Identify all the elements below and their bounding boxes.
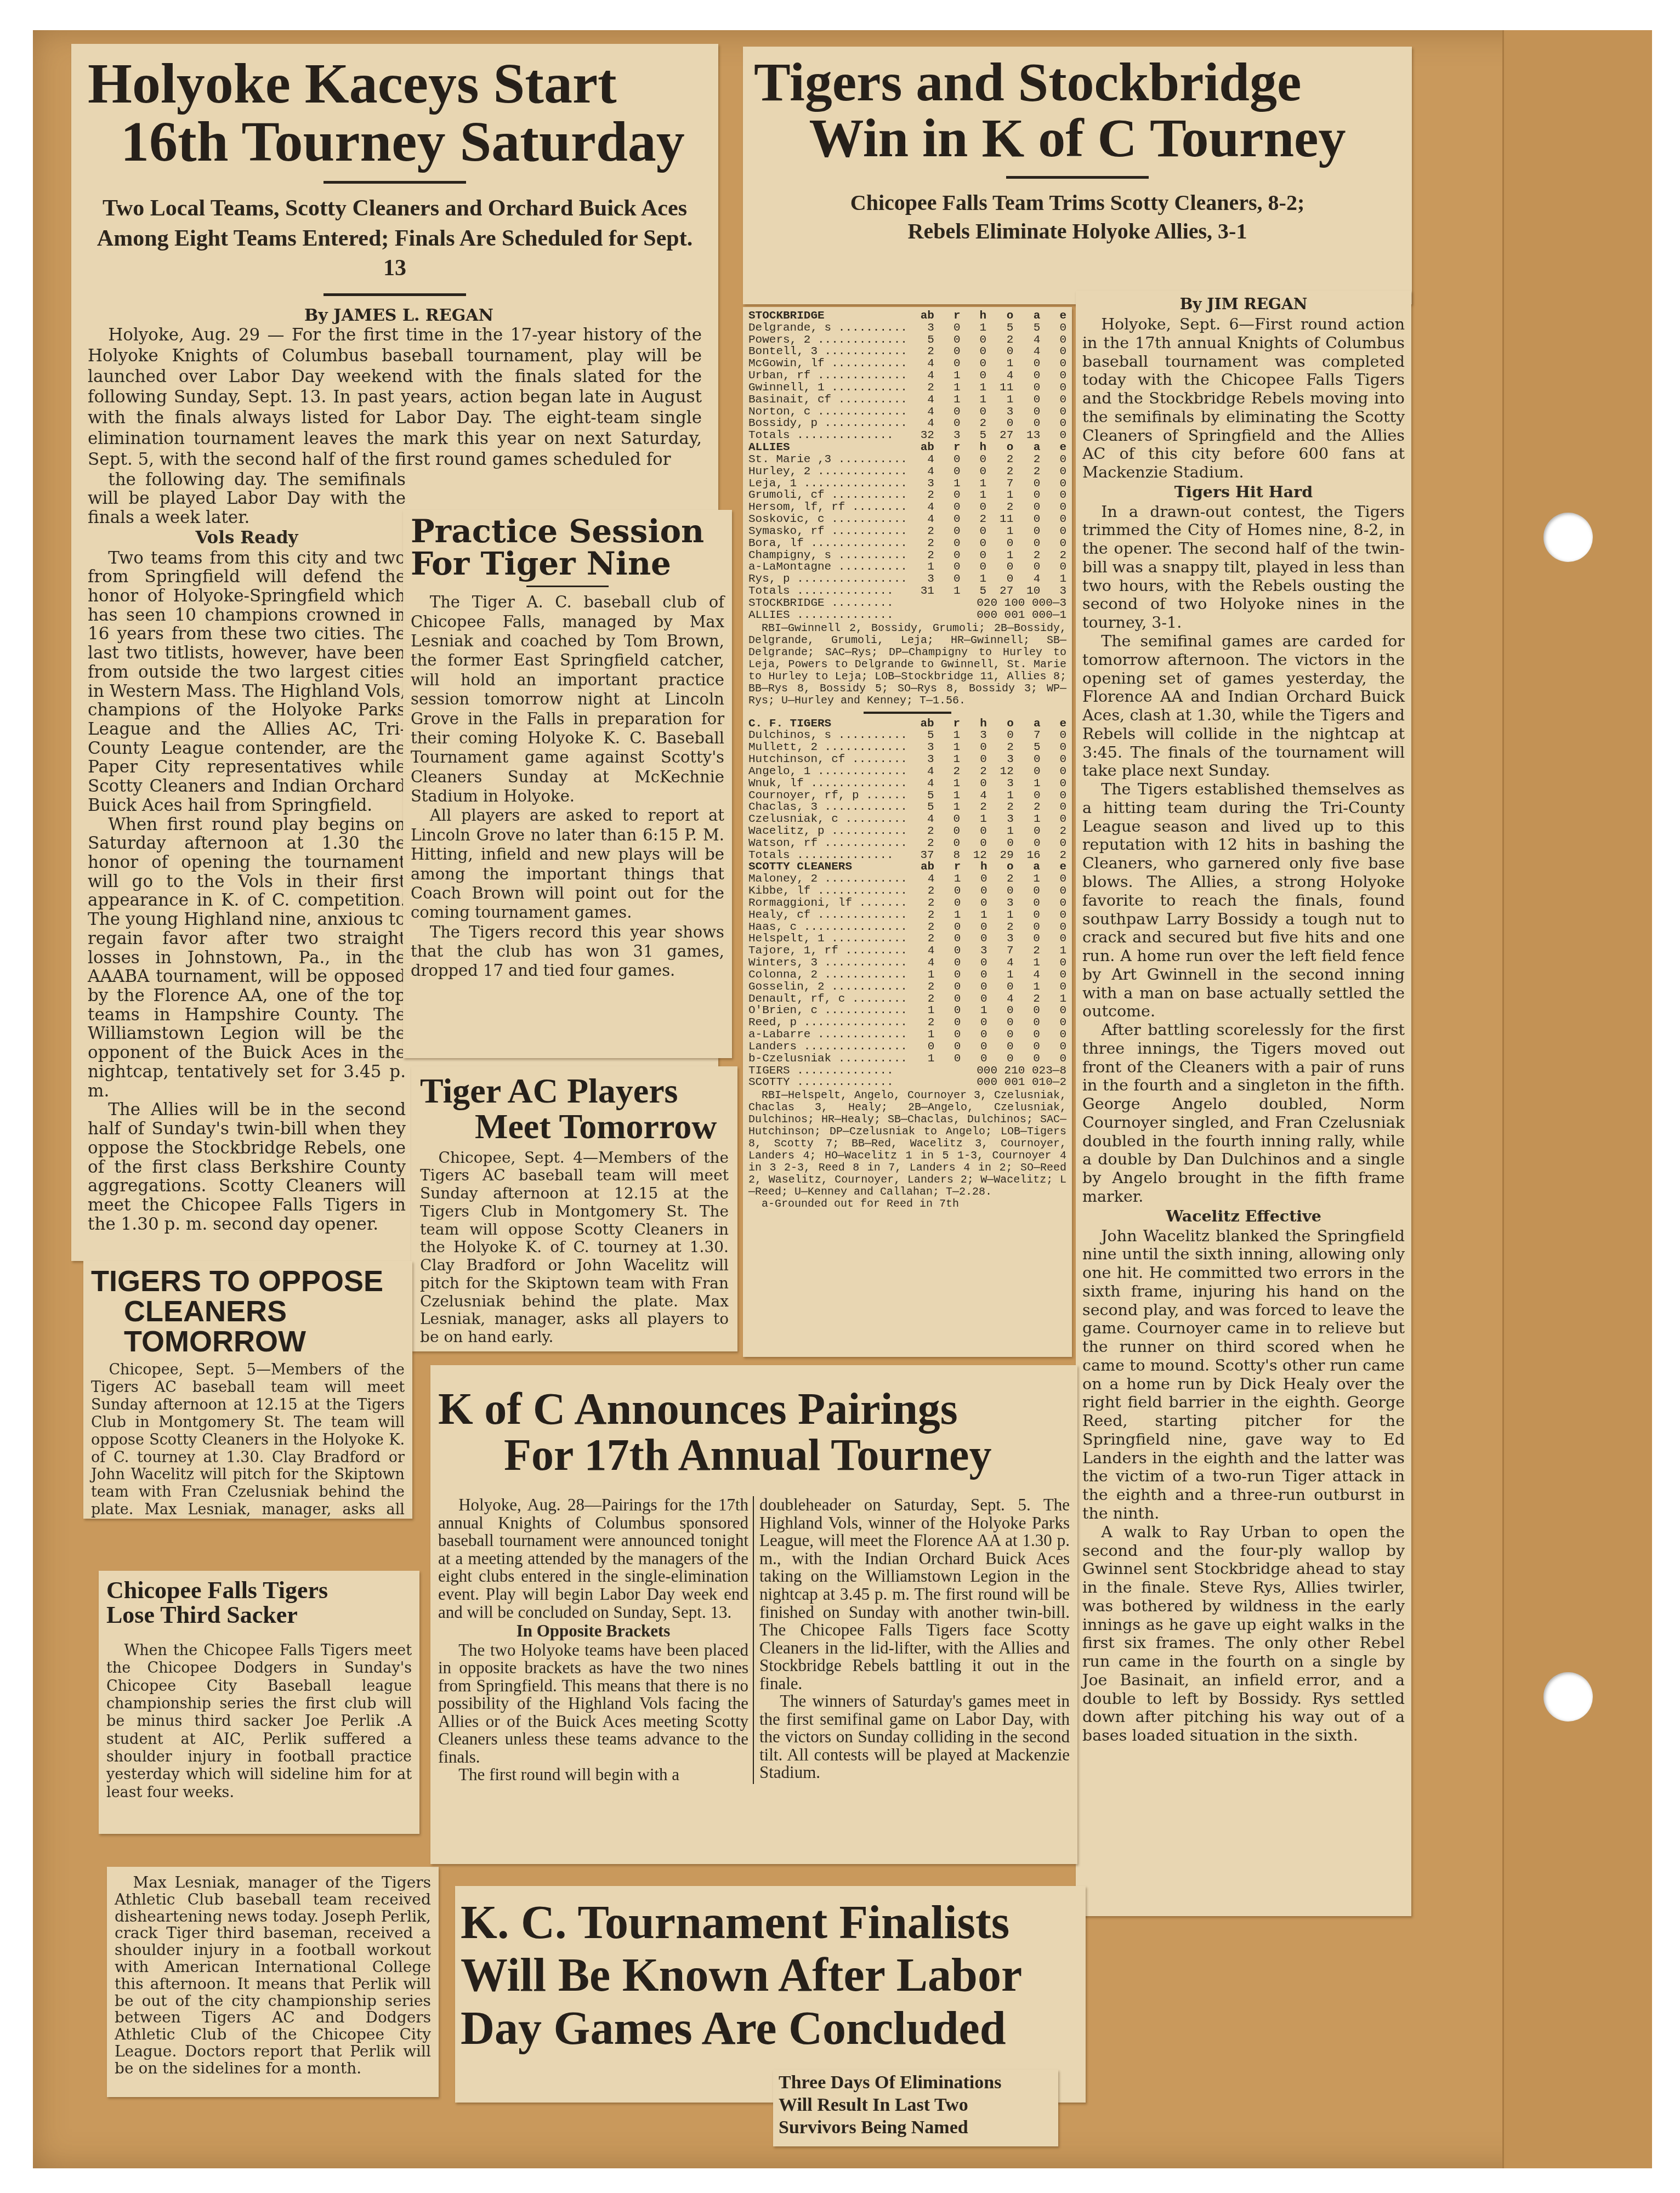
subhead: Vols Ready bbox=[88, 529, 406, 548]
box-player-row: Gosselin, 2 ...........200010 bbox=[748, 981, 1066, 993]
box-score-allies: ALLIESabrhoaeSt. Marie ,3 ..........4002… bbox=[748, 442, 1066, 598]
clipping-kofc-pairings: K of C Announces Pairings For 17th Annua… bbox=[430, 1365, 1077, 1864]
box-player-row: Grumoli, cf ...........201100 bbox=[748, 490, 1066, 502]
clipping-practice-session: Practice Session For Tiger Nine The Tige… bbox=[403, 510, 732, 1058]
game2-summary: RBI—Helspelt, Angelo, Cournoyer 3, Czelu… bbox=[748, 1090, 1066, 1211]
box-score-clipping: STOCKBRIDGEabrhoaeDelgrande, s .........… bbox=[743, 307, 1072, 1357]
box-player-row: Watson, rf ............200000 bbox=[748, 838, 1066, 850]
box-player-row: Maloney, 2 ............410210 bbox=[748, 873, 1066, 885]
headline: Tiger AC Players Meet Tomorrow bbox=[420, 1073, 729, 1145]
article-body: Max Lesniak, manager of the Tigers Athle… bbox=[115, 1874, 431, 2077]
box-player-row: Rormaggioni, lf .......200300 bbox=[748, 897, 1066, 910]
article-lead: Holyoke, Aug. 29 — For the first time in… bbox=[88, 325, 702, 470]
box-player-row: Bossidy, p ............402000 bbox=[748, 418, 1066, 430]
box-player-row: Rys, p ................301041 bbox=[748, 573, 1066, 586]
headline: Practice Session For Tiger Nine bbox=[411, 515, 724, 580]
box-player-row: Champigny, s ..........200122 bbox=[748, 550, 1066, 562]
clipping-tiger-ac-players: Tiger AC Players Meet Tomorrow Chicopee,… bbox=[411, 1066, 737, 1351]
box-totals-row: Totals ..............311527103 bbox=[748, 586, 1066, 598]
box-player-row: Reed, p ...............200000 bbox=[748, 1017, 1066, 1029]
divider bbox=[864, 712, 951, 714]
binder-hole-top bbox=[1543, 513, 1593, 562]
box-player-row: Wacelitz, p ...........200102 bbox=[748, 826, 1066, 838]
box-header-row: ALLIESabrhoae bbox=[748, 442, 1066, 454]
box-score-cf-tigers: C. F. TIGERSabrhoaeDulchinos, s ........… bbox=[748, 718, 1066, 862]
linescore-game2: TIGERS ..............000 210 023—8SCOTTY… bbox=[748, 1065, 1066, 1089]
box-player-row: Wnuk, lf ..............410310 bbox=[748, 778, 1066, 790]
story-column-jim-regan: By JIM REGAN Holyoke, Sept. 6—First roun… bbox=[1076, 291, 1411, 1916]
linescore-row: TIGERS ..............000 210 023—8 bbox=[748, 1065, 1066, 1077]
box-player-row: Basinait, cf ..........411100 bbox=[748, 394, 1066, 406]
box-player-row: Helspelt, 1 ...........200300 bbox=[748, 933, 1066, 945]
divider bbox=[526, 586, 609, 587]
box-player-row: Norton, c .............400300 bbox=[748, 406, 1066, 418]
box-player-row: St. Marie ,3 ..........400220 bbox=[748, 454, 1066, 466]
box-player-row: Bontell, 3 ............200040 bbox=[748, 346, 1066, 358]
box-player-row: Hutchinson, cf ........310300 bbox=[748, 754, 1066, 766]
box-player-row: Haas, c ...............200200 bbox=[748, 922, 1066, 934]
clipping-tigers-and-stockbridge: Tigers and Stockbridge Win in K of C Tou… bbox=[743, 47, 1412, 304]
subhead: Wacelitz Effective bbox=[1082, 1207, 1405, 1226]
article-body: Chicopee, Sept. 4—Members of the Tigers … bbox=[420, 1149, 729, 1347]
headline: Tigers and Stockbridge Win in K of C Tou… bbox=[754, 54, 1401, 166]
box-player-row: Winters, 3 ............400410 bbox=[748, 957, 1066, 969]
box-player-row: Hurley, 2 .............400220 bbox=[748, 466, 1066, 478]
box-header-row: STOCKBRIDGEabrhoae bbox=[748, 310, 1066, 322]
box-player-row: Urban, rf .............410400 bbox=[748, 370, 1066, 382]
box-player-row: Leja, 1 ...............311700 bbox=[748, 478, 1066, 490]
clipping-kc-finalists-deck: Three Days Of Eliminations Will Result I… bbox=[773, 2070, 1058, 2146]
headline: Chicopee Falls Tigers Lose Third Sacker bbox=[106, 1578, 412, 1628]
box-player-row: Angelo, 1 .............4221200 bbox=[748, 766, 1066, 778]
article-body: The Tiger A. C. baseball club of Chicope… bbox=[411, 593, 724, 981]
subhead: Tigers Hit Hard bbox=[1082, 483, 1405, 502]
article-column: the following day. The semifinals will b… bbox=[88, 470, 406, 1234]
box-player-row: Chaclas, 3 ............512220 bbox=[748, 802, 1066, 814]
box-player-row: McGowin, lf ...........400100 bbox=[748, 358, 1066, 370]
headline: K. C. Tournament Finalists Will Be Known… bbox=[461, 1896, 1080, 2054]
column-left: Holyoke, Aug. 28—Pairings for the 17th a… bbox=[438, 1496, 754, 1784]
deck: Chicopee Falls Team Trims Scotty Cleaner… bbox=[754, 189, 1401, 246]
box-player-row: Denault, rf, c ........200421 bbox=[748, 993, 1066, 1005]
box-player-row: Hersom, lf, rf ........400200 bbox=[748, 502, 1066, 514]
linescore-row: SCOTTY ..............000 001 010—2 bbox=[748, 1077, 1066, 1089]
box-player-row: Bora, lf ..............200000 bbox=[748, 538, 1066, 550]
binder-hole-bottom bbox=[1543, 1672, 1593, 1722]
clipping-lose-third-sacker: Chicopee Falls Tigers Lose Third Sacker … bbox=[99, 1571, 419, 1834]
divider bbox=[1006, 176, 1149, 179]
headline: TIGERS TO OPPOSE CLEANERS TOMORROW bbox=[91, 1266, 405, 1357]
box-player-row: Mullett, 2 ............310250 bbox=[748, 742, 1066, 754]
divider bbox=[323, 181, 466, 184]
box-player-row: Dulchinos, s ..........513070 bbox=[748, 730, 1066, 742]
box-player-row: a-LaMontagne ..........100000 bbox=[748, 561, 1066, 573]
box-player-row: Landers ...............000000 bbox=[748, 1041, 1066, 1053]
column-right: doubleheader on Saturday, Sept. 5. The H… bbox=[759, 1496, 1070, 1784]
linescore-row: ALLIES ..............000 001 000—1 bbox=[748, 610, 1066, 622]
box-player-row: a-Labarre .............100000 bbox=[748, 1029, 1066, 1041]
box-player-row: Cournoyer, rf, p ......514100 bbox=[748, 790, 1066, 802]
deck: Three Days Of Eliminations Will Result I… bbox=[779, 2072, 1053, 2139]
box-header-row: C. F. TIGERSabrhoae bbox=[748, 718, 1066, 730]
box-totals-row: Totals ..............323527130 bbox=[748, 430, 1066, 442]
article-columns: Holyoke, Aug. 28—Pairings for the 17th a… bbox=[438, 1496, 1070, 1784]
game1-summary: RBI—Gwinnell 2, Bossidy, Grumoli; 2B—Bos… bbox=[748, 623, 1066, 707]
box-player-row: Tajore, 1, rf .........403721 bbox=[748, 945, 1066, 957]
deck: Two Local Teams, Scotty Cleaners and Orc… bbox=[88, 194, 702, 283]
box-player-row: Czelusniak, c .........401310 bbox=[748, 814, 1066, 826]
box-player-row: O'Brien, c ............101000 bbox=[748, 1005, 1066, 1017]
headline: K of C Announces Pairings For 17th Annua… bbox=[438, 1386, 1070, 1478]
linescore-game1: STOCKBRIDGE .........020 100 000—3ALLIES… bbox=[748, 598, 1066, 622]
divider bbox=[323, 293, 466, 296]
linescore-row: STOCKBRIDGE .........020 100 000—3 bbox=[748, 598, 1066, 610]
clipping-tigers-to-oppose: TIGERS TO OPPOSE CLEANERS TOMORROW Chico… bbox=[83, 1261, 412, 1519]
box-player-row: Kibbe, lf .............200000 bbox=[748, 885, 1066, 897]
article-body: Chicopee, Sept. 5—Members of the Tigers … bbox=[91, 1361, 405, 1519]
subhead: In Opposite Brackets bbox=[438, 1622, 748, 1640]
binding-strip bbox=[1502, 30, 1652, 2168]
box-player-row: Healy, cf .............211100 bbox=[748, 910, 1066, 922]
box-player-row: Powers, 2 .............500240 bbox=[748, 334, 1066, 346]
box-totals-row: Totals ..............3781229162 bbox=[748, 850, 1066, 862]
article-body: Holyoke, Sept. 6—First round action in t… bbox=[1082, 315, 1405, 1745]
byline: By JIM REGAN bbox=[1082, 295, 1405, 313]
box-header-row: SCOTTY CLEANERSabrhoae bbox=[748, 861, 1066, 873]
article-body: When the Chicopee Falls Tigers meet the … bbox=[106, 1642, 412, 1802]
box-player-row: Symasko, rf ...........200100 bbox=[748, 526, 1066, 538]
byline: By JAMES L. REGAN bbox=[88, 306, 702, 325]
box-score-scotty-cleaners: SCOTTY CLEANERSabrhoaeMaloney, 2 .......… bbox=[748, 861, 1066, 1065]
box-player-row: b-Czelusniak ..........100000 bbox=[748, 1053, 1066, 1065]
box-player-row: Gwinnell, 1 ...........2111100 bbox=[748, 382, 1066, 394]
box-player-row: Delgrande, s ..........301550 bbox=[748, 322, 1066, 334]
box-player-row: Soskovic, c ...........4021100 bbox=[748, 514, 1066, 526]
box-player-row: Colonna, 2 ............100140 bbox=[748, 969, 1066, 981]
box-score-stockbridge: STOCKBRIDGEabrhoaeDelgrande, s .........… bbox=[748, 310, 1066, 442]
clipping-perlik-injury: Max Lesniak, manager of the Tigers Athle… bbox=[107, 1867, 439, 2097]
headline: Holyoke Kaceys Start 16th Tourney Saturd… bbox=[88, 55, 702, 171]
